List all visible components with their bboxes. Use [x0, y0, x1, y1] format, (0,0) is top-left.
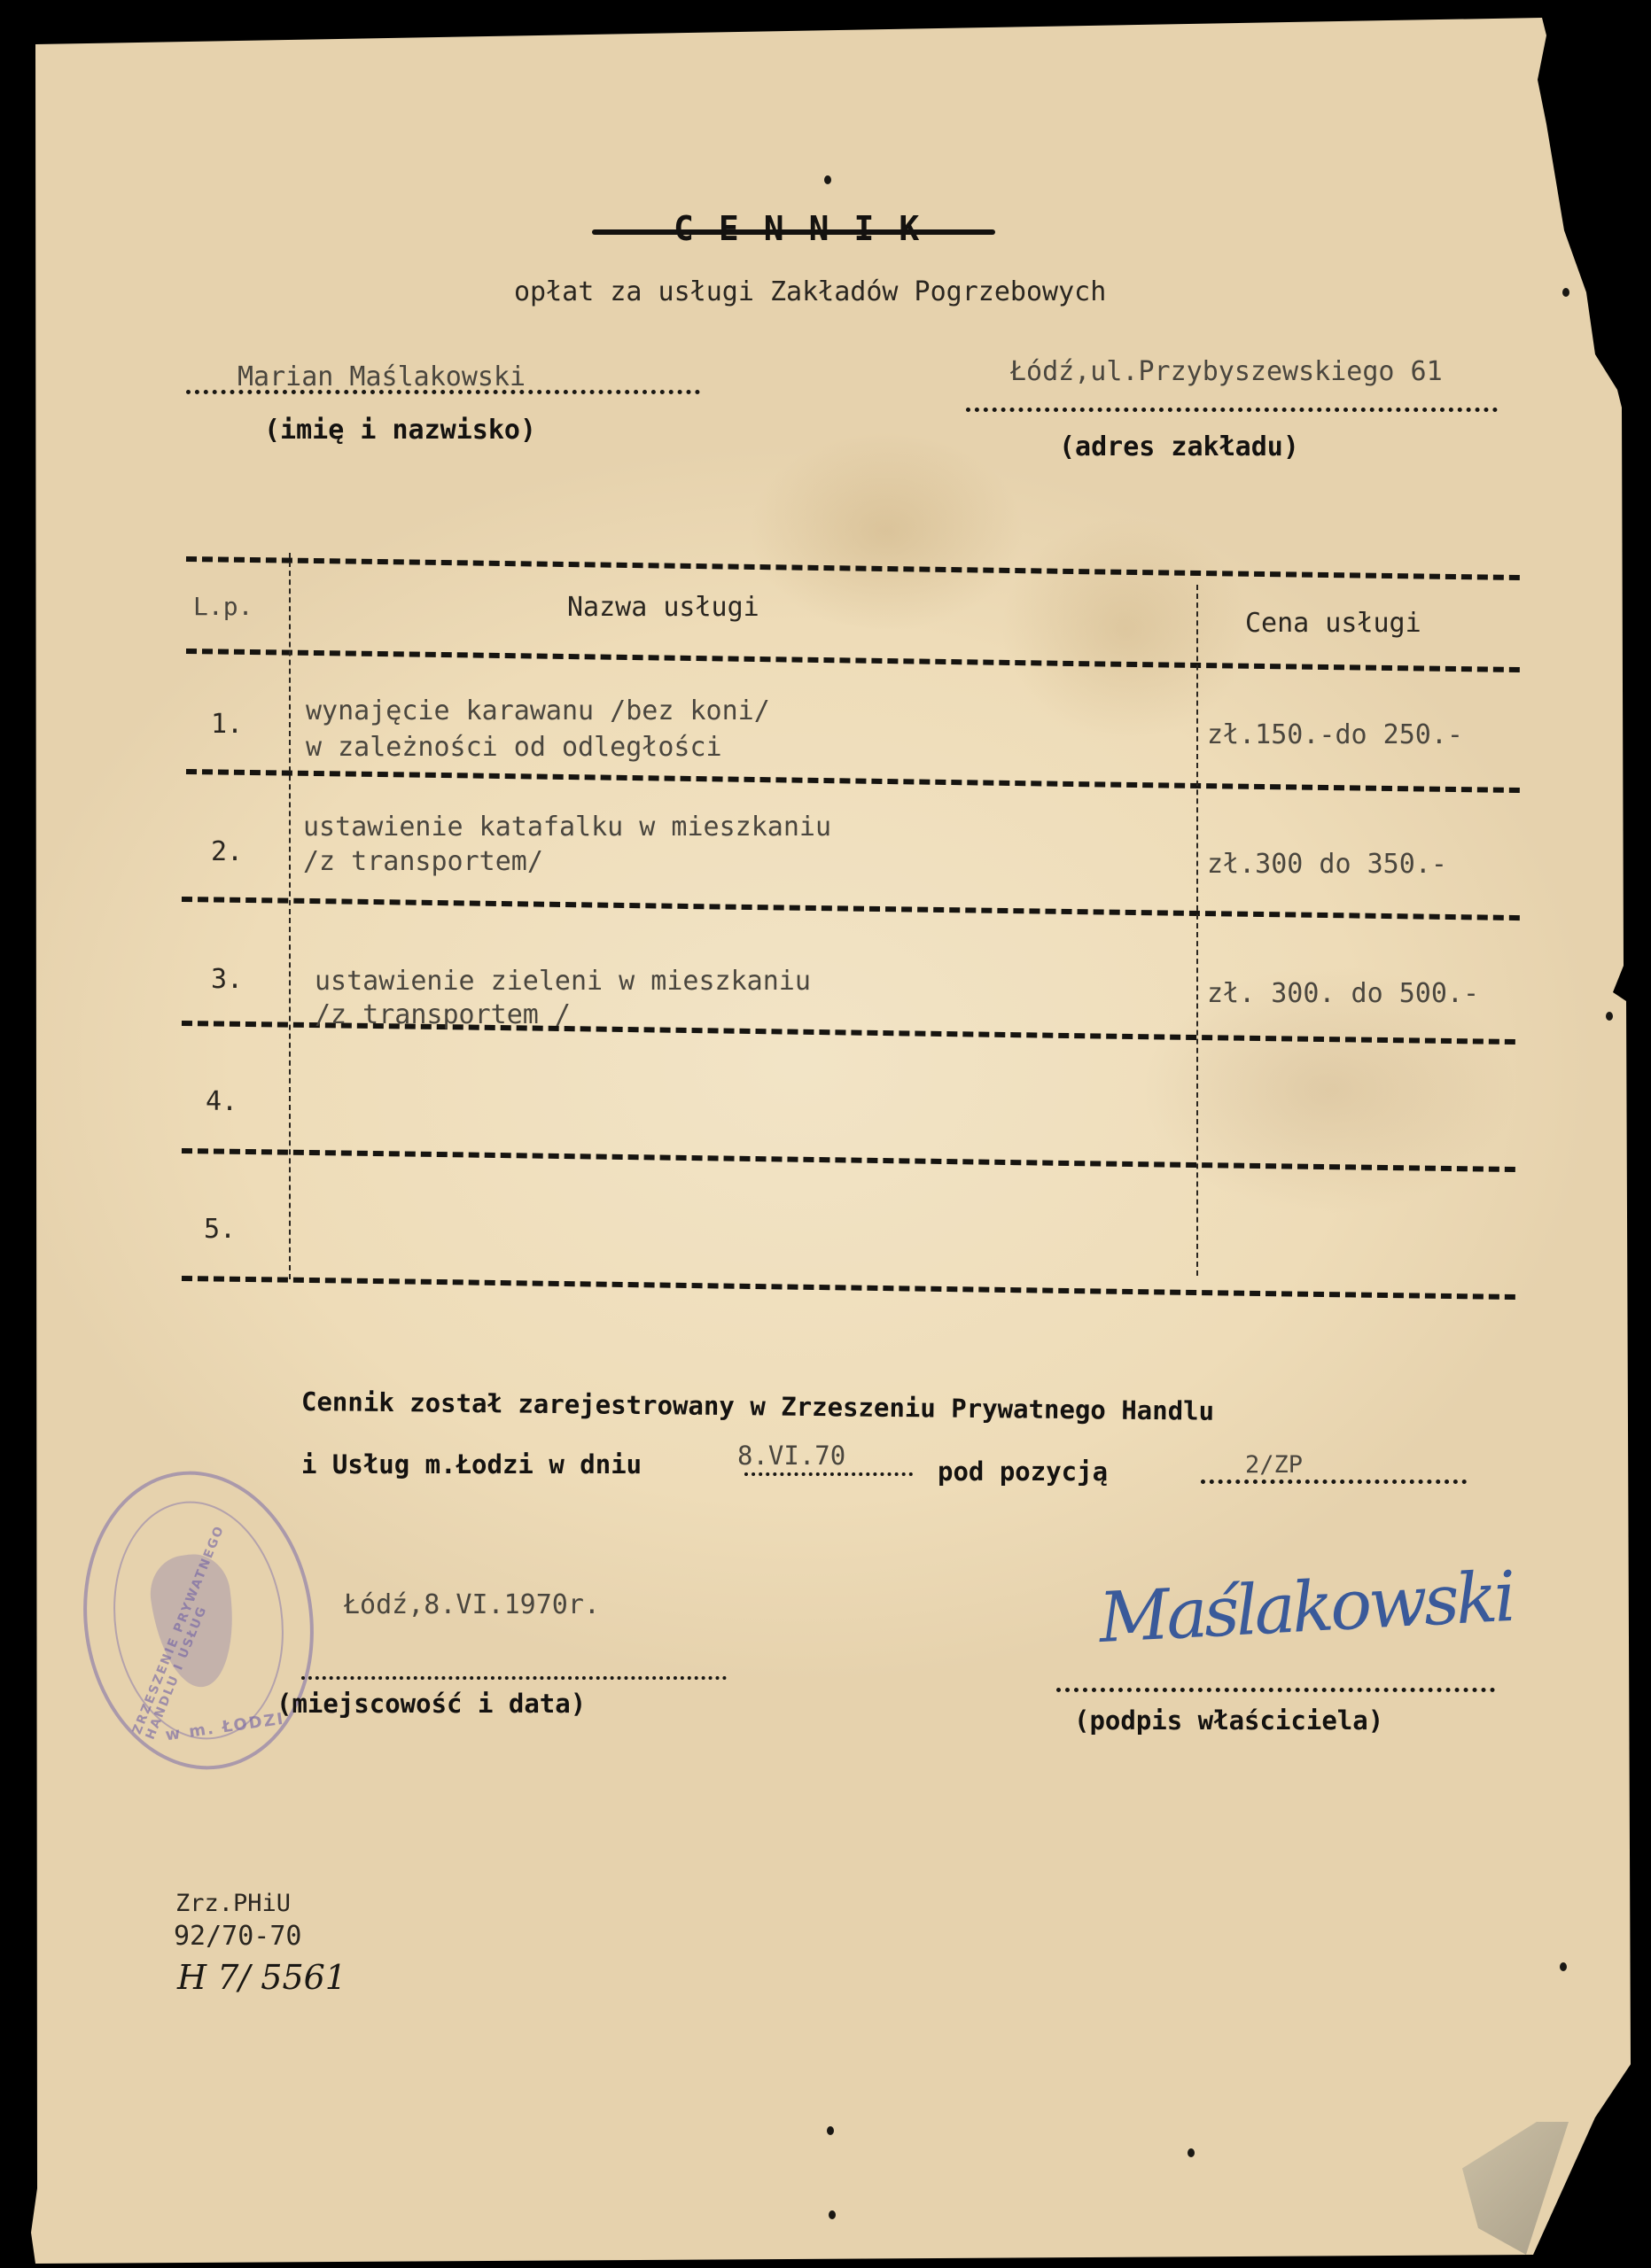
owner-dotted-line [186, 390, 700, 394]
service-name-line2: /z transportem/ [303, 846, 543, 877]
punch-hole [824, 175, 831, 184]
reference-line1: Zrz.PHiU [175, 1890, 291, 1917]
table-border-row4 [182, 1148, 1515, 1172]
registration-line2-prefix: i Usług m.Łodzi w dniu [301, 1449, 642, 1480]
service-name-line2: /z transportem / [315, 999, 571, 1030]
table-border-top [186, 556, 1520, 580]
owner-signature: Maślakowski [1097, 1557, 1515, 1658]
table-border-header [186, 649, 1520, 672]
owner-label: (imię i nazwisko) [264, 415, 536, 446]
reference-line2: 92/70-70 [174, 1921, 302, 1952]
reference-handwritten: H 7/ 5561 [177, 1958, 347, 1997]
table-divider-price [1196, 585, 1198, 1276]
service-name-line1: ustawienie zieleni w mieszkaniu [315, 966, 811, 997]
header-name: Nazwa usługi [567, 592, 759, 623]
owner-name: Marian Maślakowski [238, 361, 526, 392]
punch-hole [829, 2210, 836, 2219]
signature-dotted-line [1056, 1688, 1495, 1692]
registration-position-label: pod pozycją [938, 1456, 1108, 1487]
place-date-value: Łódź,8.VI.1970r. [344, 1589, 600, 1620]
document-page: CENNIK opłat za usługi Zakładów Pogrzebo… [0, 0, 1651, 2268]
document-title: CENNIK [674, 209, 944, 248]
service-price: zł.150.-do 250.- [1207, 719, 1463, 750]
registration-date-dots [744, 1472, 913, 1476]
punch-hole [1606, 1012, 1613, 1021]
folded-corner [1462, 2122, 1569, 2255]
table-border-row2 [182, 897, 1520, 920]
signature-label: (podpis właściciela) [1074, 1705, 1383, 1736]
row-number: 2. [211, 836, 243, 867]
address-dotted-line [966, 408, 1498, 412]
row-number: 5. [204, 1214, 236, 1245]
table-border-bottom [182, 1276, 1515, 1300]
header-lp: L.p. [193, 592, 253, 621]
punch-hole [1188, 2148, 1195, 2157]
place-date-dotted-line [301, 1676, 727, 1680]
title-underline [592, 229, 995, 235]
registration-position: 2/ZP [1245, 1451, 1303, 1479]
punch-hole [1560, 1962, 1567, 1971]
registration-position-dots [1201, 1480, 1467, 1484]
service-price: zł.300 do 350.- [1207, 849, 1447, 880]
row-number: 1. [211, 709, 243, 740]
official-stamp: ZRZESZENIE PRYWATNEGO HANDLU I USŁUG w m… [65, 1456, 333, 1785]
row-number: 3. [211, 964, 243, 995]
service-name-line1: ustawienie katafalku w mieszkaniu [303, 812, 831, 843]
table-divider-lp [289, 553, 291, 1279]
document-subtitle: opłat za usługi Zakładów Pogrzebowych [514, 276, 1106, 307]
address-value: Łódź,ul.Przybyszewskiego 61 [1010, 356, 1443, 387]
service-name-line2: w zależności od odległości [306, 732, 722, 763]
place-date-label: (miejscowość i data) [276, 1689, 586, 1719]
address-label: (adres zakładu) [1059, 431, 1299, 462]
punch-hole [827, 2126, 834, 2135]
registration-line1: Cennik został zarejestrowany w Zrzeszeni… [301, 1386, 1214, 1426]
service-price: zł. 300. do 500.- [1207, 978, 1479, 1009]
punch-hole [1562, 288, 1569, 297]
table-border-row1 [186, 769, 1520, 793]
header-price: Cena usługi [1245, 608, 1421, 639]
service-name-line1: wynajęcie karawanu /bez koni/ [306, 695, 770, 726]
registration-date: 8.VI.70 [737, 1441, 845, 1471]
row-number: 4. [206, 1086, 238, 1117]
